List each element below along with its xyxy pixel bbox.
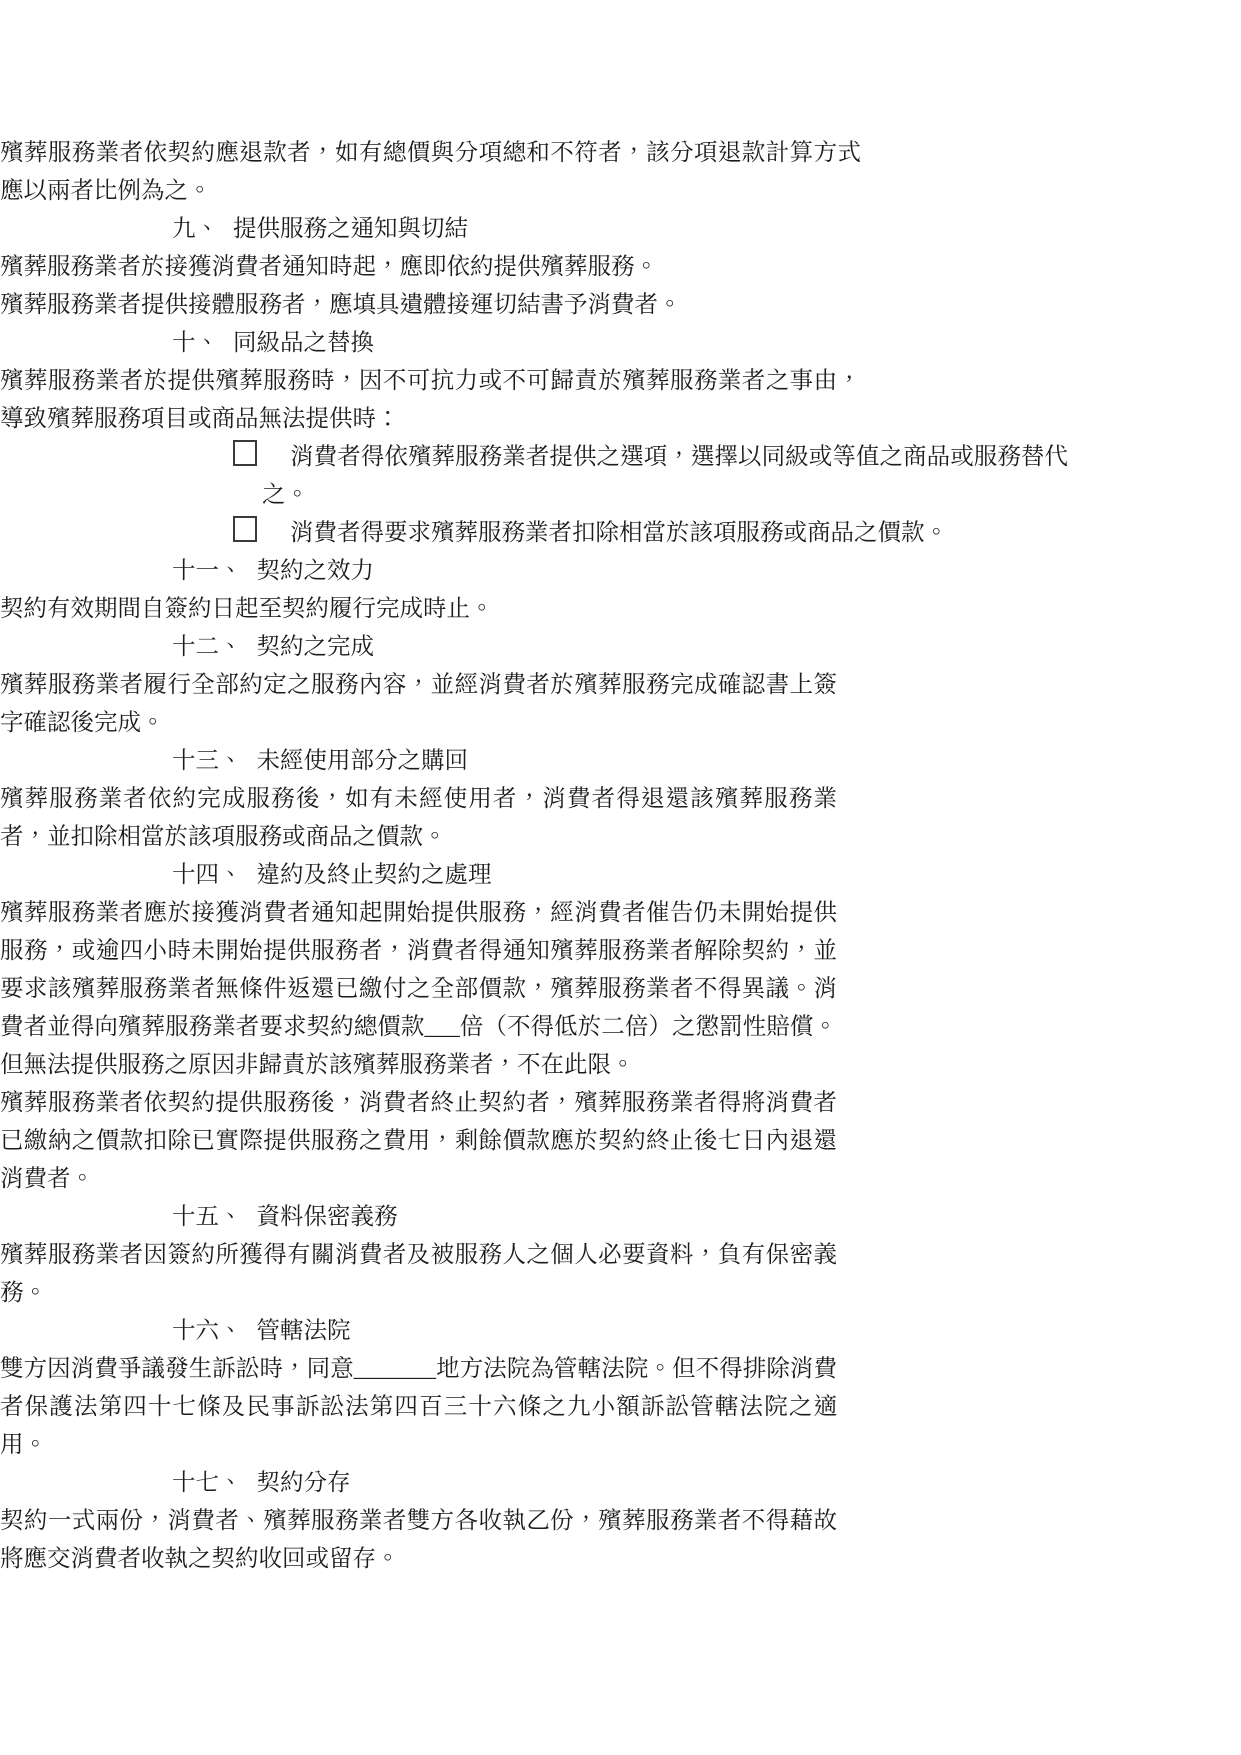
checkbox-icon xyxy=(233,516,257,542)
section-15: 十五、資料保密義務 殯葬服務業者因簽約所獲得有關消費者及被服務人之個人必要資料，… xyxy=(0,1198,1241,1312)
section-heading: 九、提供服務之通知與切結 xyxy=(172,210,1241,248)
checkbox-option: 消費者得依殯葬服務業者提供之選項，選擇以同級或等值之商品或服務替代之。 xyxy=(262,438,1068,514)
section-title: 契約之完成 xyxy=(257,634,375,660)
section-heading: 十二、契約之完成 xyxy=(172,628,1241,666)
section-title: 同級品之替換 xyxy=(233,330,374,356)
document-page: 殯葬服務業者依契約應退款者，如有總價與分項總和不符者，該分項退款計算方式應以兩者… xyxy=(0,0,1241,1755)
section-14: 十四、違約及終止契約之處理 殯葬服務業者應於接獲消費者通知起開始提供服務，經消費… xyxy=(0,856,1241,1198)
checkbox-label: 消費者得要求殯葬服務業者扣除相當於該項服務或商品之價款。 xyxy=(290,520,948,546)
section-number: 十五、 xyxy=(172,1204,243,1230)
paragraph: 殯葬服務業者履行全部約定之服務內容，並經消費者於殯葬服務完成確認書上簽字確認後完… xyxy=(0,666,837,742)
section-title: 契約之效力 xyxy=(257,558,375,584)
section-number: 十、 xyxy=(172,330,219,356)
section-title: 管轄法院 xyxy=(257,1318,351,1344)
section-11: 十一、契約之效力 契約有效期間自簽約日起至契約履行完成時止。 xyxy=(0,552,1241,628)
section-title: 提供服務之通知與切結 xyxy=(233,216,468,242)
paragraph: 殯葬服務業者因簽約所獲得有關消費者及被服務人之個人必要資料，負有保密義務。 xyxy=(0,1236,837,1312)
paragraph: 雙方因消費爭議發生訴訟時，同意_______地方法院為管轄法院。但不得排除消費者… xyxy=(0,1350,837,1464)
contract-document: 殯葬服務業者依契約應退款者，如有總價與分項總和不符者，該分項退款計算方式應以兩者… xyxy=(0,134,1241,1578)
section-heading: 十六、管轄法院 xyxy=(172,1312,1241,1350)
intro-paragraph: 殯葬服務業者依契約應退款者，如有總價與分項總和不符者，該分項退款計算方式應以兩者… xyxy=(0,134,861,210)
section-13: 十三、未經使用部分之購回 殯葬服務業者依約完成服務後，如有未經使用者，消費者得退… xyxy=(0,742,1241,856)
section-heading: 十、同級品之替換 xyxy=(172,324,1241,362)
section-heading: 十五、資料保密義務 xyxy=(172,1198,1241,1236)
section-heading: 十七、契約分存 xyxy=(172,1464,1241,1502)
section-title: 契約分存 xyxy=(257,1470,351,1496)
checkbox-icon xyxy=(233,440,257,466)
paragraph: 殯葬服務業者於提供殯葬服務時，因不可抗力或不可歸責於殯葬服務業者之事由，導致殯葬… xyxy=(0,362,861,438)
section-title: 未經使用部分之購回 xyxy=(257,748,469,774)
section-12: 十二、契約之完成 殯葬服務業者履行全部約定之服務內容，並經消費者於殯葬服務完成確… xyxy=(0,628,1241,742)
section-heading: 十一、契約之效力 xyxy=(172,552,1241,590)
section-number: 十一、 xyxy=(172,558,243,584)
section-title: 資料保密義務 xyxy=(257,1204,398,1230)
paragraph: 殯葬服務業者於接獲消費者通知時起，應即依約提供殯葬服務。 xyxy=(0,248,861,286)
section-number: 十六、 xyxy=(172,1318,243,1344)
paragraph: 殯葬服務業者提供接體服務者，應填具遺體接運切結書予消費者。 xyxy=(0,286,861,324)
paragraph: 契約一式兩份，消費者、殯葬服務業者雙方各收執乙份，殯葬服務業者不得藉故將應交消費… xyxy=(0,1502,837,1578)
paragraph: 殯葬服務業者依契約提供服務後，消費者終止契約者，殯葬服務業者得將消費者已繳納之價… xyxy=(0,1084,837,1198)
paragraph: 殯葬服務業者依約完成服務後，如有未經使用者，消費者得退還該殯葬服務業者，並扣除相… xyxy=(0,780,837,856)
section-17: 十七、契約分存 契約一式兩份，消費者、殯葬服務業者雙方各收執乙份，殯葬服務業者不… xyxy=(0,1464,1241,1578)
section-number: 九、 xyxy=(172,216,219,242)
checkbox-option: 消費者得要求殯葬服務業者扣除相當於該項服務或商品之價款。 xyxy=(262,514,1068,552)
paragraph: 契約有效期間自簽約日起至契約履行完成時止。 xyxy=(0,590,837,628)
section-heading: 十三、未經使用部分之購回 xyxy=(172,742,1241,780)
section-number: 十二、 xyxy=(172,634,243,660)
section-number: 十七、 xyxy=(172,1470,243,1496)
section-16: 十六、管轄法院 雙方因消費爭議發生訴訟時，同意_______地方法院為管轄法院。… xyxy=(0,1312,1241,1464)
paragraph: 殯葬服務業者應於接獲消費者通知起開始提供服務，經消費者催告仍未開始提供服務，或逾… xyxy=(0,894,837,1084)
section-number: 十三、 xyxy=(172,748,243,774)
section-9: 九、提供服務之通知與切結 殯葬服務業者於接獲消費者通知時起，應即依約提供殯葬服務… xyxy=(0,210,1241,324)
section-title: 違約及終止契約之處理 xyxy=(257,862,492,888)
section-heading: 十四、違約及終止契約之處理 xyxy=(172,856,1241,894)
checkbox-label: 消費者得依殯葬服務業者提供之選項，選擇以同級或等值之商品或服務替代之。 xyxy=(262,444,1068,508)
section-10: 十、同級品之替換 殯葬服務業者於提供殯葬服務時，因不可抗力或不可歸責於殯葬服務業… xyxy=(0,324,1241,552)
section-number: 十四、 xyxy=(172,862,243,888)
